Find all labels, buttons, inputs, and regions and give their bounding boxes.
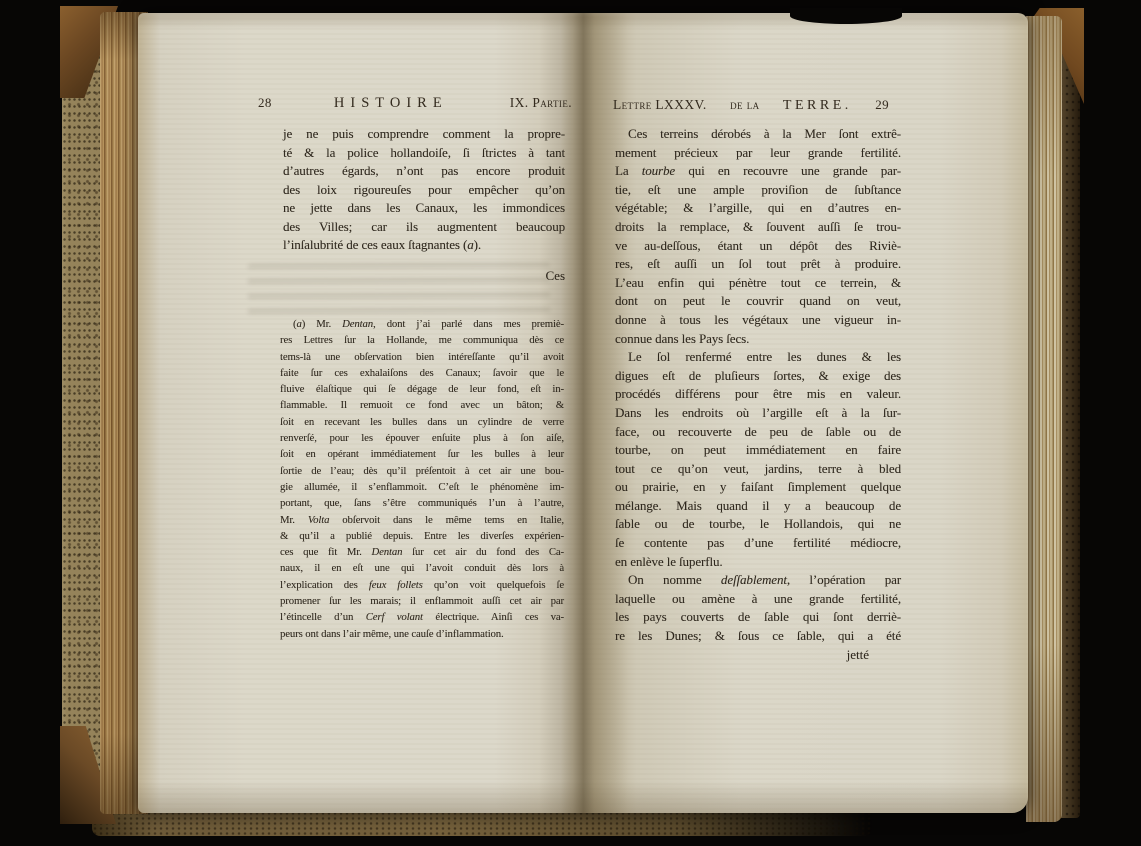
- right-letter-label: Lettre LXXXV.: [613, 97, 707, 113]
- text-line: droits la remplace, & ſouvent auſſi ſe t…: [615, 218, 901, 237]
- text-line: d’autres égards, n’ont pas encore produi…: [283, 162, 565, 181]
- text-line: tie, eſt une ample proviſion de ſubſtanc…: [615, 181, 901, 200]
- text-line: flammable. Il remuoit ce fond avec un bâ…: [280, 397, 564, 413]
- left-footnote: (a) Mr. Dentan, dont j’ai parlé dans mes…: [280, 316, 564, 642]
- left-running-title: HISTOIRE: [334, 95, 448, 112]
- text-line: res, eſt auſſi un ſol tout prêt à produi…: [615, 255, 901, 274]
- right-body-text: Ces terreins dérobés à la Mer ſont extrê…: [615, 125, 901, 646]
- right-header-of: de la: [730, 97, 759, 113]
- text-line: ou prairie, en y faiſant ſimplement quel…: [615, 478, 901, 497]
- text-line: donne à tous les végétaux une vigueur in…: [615, 311, 901, 330]
- text-line: ſoit en recevant les bulles dans un cyli…: [280, 414, 564, 430]
- open-book-spread: 28 HISTOIRE IX. Partie. je ne puis compr…: [138, 13, 1028, 813]
- text-line: ne jette dans les Canaux, les immondices: [283, 199, 565, 218]
- text-line: & qu’il a publié depuis. Entre les diver…: [280, 528, 564, 544]
- text-line: Mr. Volta obſervoit dans le même tems en…: [280, 512, 564, 528]
- show-through-text: [248, 262, 550, 320]
- text-line: l’explication des feux follets qu’on voi…: [280, 577, 564, 593]
- text-line: ve au-deſſous, étant un dépôt des Riviè-: [615, 237, 901, 256]
- right-catchword: jetté: [615, 647, 885, 663]
- text-line: Dans les endroits où l’argille eſt à la …: [615, 404, 901, 423]
- text-line: On nomme deſſablement, l’opération par: [615, 571, 901, 590]
- text-line: tems-là une obſervation bien intéreſſant…: [280, 349, 564, 365]
- text-line: l’étincelle d’un Cerf volant électrique.…: [280, 609, 564, 625]
- text-line: L’eau enfin qui pénètre tout ce terrein,…: [615, 274, 901, 293]
- text-line: ſe contente pas d’une fertilité médiocre…: [615, 534, 901, 553]
- right-running-title: TERRE.: [783, 98, 852, 114]
- text-line: ſable ou de tourbe, le Hollandois, qui n…: [615, 515, 901, 534]
- text-line: végétable; & l’argille, qui en d’autres …: [615, 199, 901, 218]
- text-line: en enlève le ſuperflu.: [615, 553, 901, 572]
- text-line: re les Dunes; & ſous ce ſable, qui a été: [615, 627, 901, 646]
- text-line: face, ou recouverte de peu de ſable ou d…: [615, 423, 901, 442]
- left-section-label: IX. Partie.: [510, 95, 572, 111]
- text-line: procédés différens pour être mis en vale…: [615, 385, 901, 404]
- text-line: l’inſalubrité de ces eaux ſtagnantes (a)…: [283, 236, 565, 255]
- right-page-number: 29: [875, 97, 889, 113]
- left-body-text: je ne puis comprendre comment la propre-…: [283, 125, 565, 255]
- text-line: té & la police hollandoiſe, ſi ſtrictes …: [283, 144, 565, 163]
- top-edge-gap: [790, 8, 902, 24]
- text-line: tout ce qu’on veut, jardins, terre à ble…: [615, 460, 901, 479]
- text-line: Ces terreins dérobés à la Mer ſont extrê…: [615, 125, 901, 144]
- text-line: ſoit en opérant immédiatement ſur les bu…: [280, 446, 564, 462]
- text-line: digues eſt de pluſieurs ſortes, & exige …: [615, 367, 901, 386]
- text-line: je ne puis comprendre comment la propre-: [283, 125, 565, 144]
- right-page: Lettre LXXXV. de la TERRE. 29 Ces terrei…: [583, 13, 1028, 813]
- text-line: promener ſur les marais; il enflammoit a…: [280, 593, 564, 609]
- text-line: Le ſol renfermé entre les dunes & les: [615, 348, 901, 367]
- text-line: les pays couverts de ſable qui ſont derr…: [615, 608, 901, 627]
- text-line: des Villes; car ils augmentent beaucoup: [283, 218, 565, 237]
- left-page: 28 HISTOIRE IX. Partie. je ne puis compr…: [138, 13, 583, 813]
- text-line: faite ſur ces exhalaiſons des Canaux; ſa…: [280, 365, 564, 381]
- text-line: peurs ont dans l’air même, une cauſe d’i…: [280, 626, 564, 642]
- text-line: fluive élaſtique qui ſe dégage de leur f…: [280, 381, 564, 397]
- text-line: gie allumée, il s’enflammoit. C’eſt le p…: [280, 479, 564, 495]
- text-line: tourbe, on peut immédiatement en faire: [615, 441, 901, 460]
- text-line: mement précieux par leur grande fertilit…: [615, 144, 901, 163]
- text-line: portant, que, ſans s’être communiqués l’…: [280, 495, 564, 511]
- text-line: des loix rigoureuſes pour empêcher qu’on: [283, 181, 565, 200]
- text-line: dont on peut le couvrir quand on veut,: [615, 292, 901, 311]
- text-line: ſortie de l’eau; dès qu’il préſentoit à …: [280, 463, 564, 479]
- right-running-header: Lettre LXXXV. de la TERRE. 29: [613, 97, 889, 114]
- text-line: renverſé, pour les épouver enſuite plus …: [280, 430, 564, 446]
- text-line: (a) Mr. Dentan, dont j’ai parlé dans mes…: [280, 316, 564, 332]
- text-line: La tourbe qui en recouvre une grande par…: [615, 162, 901, 181]
- right-page-edges: [1026, 16, 1062, 822]
- text-line: mélange. Mais quand il y a beaucoup de: [615, 497, 901, 516]
- left-page-number: 28: [258, 95, 272, 111]
- left-running-header: 28 HISTOIRE IX. Partie.: [258, 95, 572, 112]
- text-line: naux, il en eſt une qui l’avoit conduit …: [280, 560, 564, 576]
- text-line: res Lettres ſur la Hollande, me communiq…: [280, 332, 564, 348]
- text-line: connue dans les Pays ſecs.: [615, 330, 901, 349]
- text-line: ces que fit Mr. Dentan ſur cet air du fo…: [280, 544, 564, 560]
- text-line: laquelle ou amène à une grande fertilité…: [615, 590, 901, 609]
